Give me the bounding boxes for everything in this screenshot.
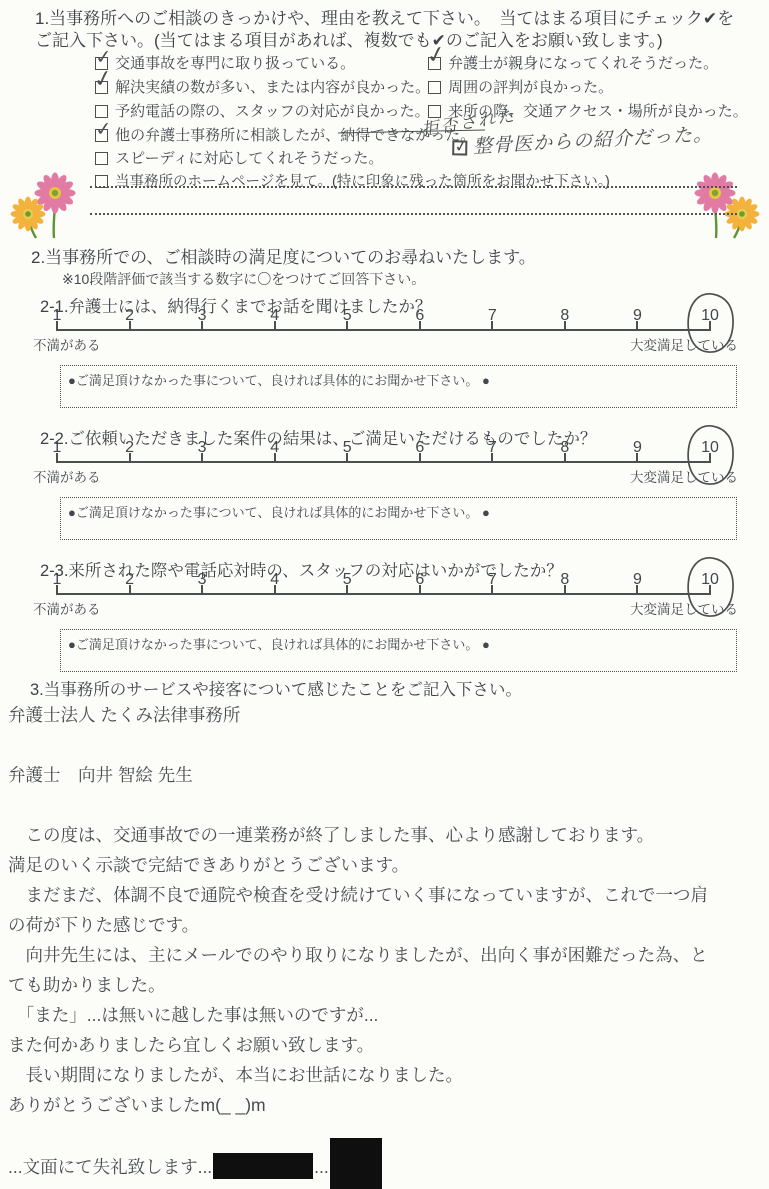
comment-box-2-3[interactable]: ●ご満足頂けなかった事について、良ければ具体的にお聞かせ下さい。 ●: [60, 629, 737, 672]
checkbox-item-speedy[interactable]: スピーディに対応してくれそうだった。: [95, 147, 383, 168]
checkbox-label: 周囲の評判が良かった。: [448, 79, 613, 96]
redaction-box-seal: [330, 1138, 382, 1189]
question-2-2: 2-2.ご依頼いただきました案件の結果は、ご満足いただけるものでしたか？ 123…: [0, 425, 769, 541]
question-2-1: 2-1.弁護士には、納得行くまでお話を聞けましたか？ 12345678910 不…: [0, 293, 769, 409]
section1-title: 1.当事務所へのご相談のきっかけや、理由を教えて下さい。 当てはまる項目にチェッ…: [35, 8, 734, 52]
comment-box-2-1[interactable]: ●ご満足頂けなかった事について、良ければ具体的にお聞かせ下さい。 ●: [60, 365, 737, 408]
rating-circle-annotation-10: [678, 420, 742, 490]
scale-tick: [274, 321, 276, 331]
section3-title: 3.当事務所のサービスや接客について感じたことをご記入下さい。: [30, 676, 522, 700]
scale-tick: [129, 453, 131, 463]
message-line-blank: [8, 730, 764, 760]
checkmark-icon: [94, 66, 112, 92]
message-line: まだまだ、体調不良で通院や検査を受け続けていく事になっていますが、これで一つ肩: [8, 880, 764, 910]
flower-decoration-right: [690, 170, 766, 240]
message-line: ありがとうございましたm(_ _)m: [8, 1090, 764, 1120]
scale-tick: [419, 585, 421, 595]
scale-tick: [346, 453, 348, 463]
checkmark-icon: [427, 42, 445, 68]
comment-prompt: ●ご満足頂けなかった事について、良ければ具体的にお聞かせ下さい。 ●: [68, 373, 490, 388]
scale-tick: [201, 585, 203, 595]
message-line: また何かありましたら宜しくお願い致します。: [8, 1030, 764, 1060]
scale-tick: [636, 585, 638, 595]
section2-note: ※10段階評価で該当する数字に〇をつけてご回答下さい。: [62, 269, 425, 289]
scale-tick: [129, 321, 131, 331]
checkbox-label: 交通事故を専門に取り扱っている。: [115, 55, 355, 72]
section2-title: 2.当事務所での、ご相談時の満足度についてのお尋ねいたします。: [31, 243, 536, 268]
comment-box-2-2[interactable]: ●ご満足頂けなかった事について、良ければ具体的にお聞かせ下さい。 ●: [60, 497, 737, 540]
flower-decoration-left: [4, 170, 80, 240]
scale-tick: [419, 321, 421, 331]
scale-tick: [56, 453, 58, 463]
checkbox-label-prefix: 他の弁護士事務所に相談したが、: [115, 127, 340, 144]
checkbox[interactable]: [428, 81, 441, 94]
scale-tick: [274, 453, 276, 463]
checkbox[interactable]: [95, 129, 108, 142]
scale-tick: [346, 585, 348, 595]
checkbox-item-kind-lawyer[interactable]: 弁護士が親身になってくれそうだった。: [428, 52, 718, 73]
scale-tick: [274, 585, 276, 595]
closing-separator: ...: [314, 1157, 329, 1177]
scale-tick: [346, 321, 348, 331]
checkbox-item-other-firm[interactable]: 他の弁護士事務所に相談したが、納得できなかった。: [95, 124, 475, 145]
handwritten-referral-text: 整骨医からの紹介だった。: [473, 124, 714, 158]
scale-tick: [201, 321, 203, 331]
checkbox[interactable]: [428, 57, 441, 70]
section1-title-line2: ご記入下さい。(当てはまる項目があれば、複数でも✔のご記入をお願い致します。): [35, 30, 734, 52]
message-line: 満足のいく示談で完結できありがとうございます。: [8, 850, 764, 880]
message-line: ても助かりました。: [8, 970, 764, 1000]
message-line-lawyer-name: 弁護士 向井 智絵 先生: [8, 760, 764, 790]
scale-tick: [491, 321, 493, 331]
scale-tick: [129, 585, 131, 595]
scale-tick: [564, 321, 566, 331]
question-2-3: 2-3.来所された際や電話応対時の、スタッフの対応はいかがでしたか？ 12345…: [0, 557, 769, 673]
scale-tick: [564, 585, 566, 595]
scale-tick: [419, 453, 421, 463]
checkbox-label: 予約電話の際の、スタッフの対応が良かった。: [115, 103, 429, 120]
message-line: 「また」...は無いに越した事は無いのですが...: [8, 1000, 764, 1030]
message-line: この度は、交通事故での一連業務が終了しました事、心より感謝しております。: [8, 820, 764, 850]
checkbox[interactable]: [95, 81, 108, 94]
message-line: 向井先生には、主にメールでのやり取りになりましたが、出向く事が困難だった為、と: [8, 940, 764, 970]
checkbox-item-reputation[interactable]: 周囲の評判が良かった。: [428, 76, 613, 97]
checkbox-item-traffic-specialty[interactable]: 交通事故を専門に取り扱っている。: [95, 52, 355, 73]
rating-scale-2-1: 12345678910: [57, 308, 710, 331]
closing-text: ...文面にて失礼致します...: [8, 1157, 212, 1177]
scale-tick: [564, 453, 566, 463]
rating-scale-2-3: 12345678910: [57, 572, 710, 595]
scale-tick: [201, 453, 203, 463]
thank-you-message: 弁護士法人 たくみ法律事務所 弁護士 向井 智絵 先生 この度は、交通事故での一…: [8, 700, 764, 1120]
rating-scale-2-2: 12345678910: [57, 440, 710, 463]
scale-min-label: 不満がある: [33, 598, 101, 618]
checkbox[interactable]: [95, 105, 108, 118]
scanned-survey-form: 1.当事務所へのご相談のきっかけや、理由を教えて下さい。 当てはまる項目にチェッ…: [0, 0, 769, 1189]
answer-dotted-line-2[interactable]: [90, 213, 737, 215]
checkbox[interactable]: [95, 152, 108, 165]
scale-tick: [56, 321, 58, 331]
message-line: の荷が下りた感じです。: [8, 910, 764, 940]
checkmark-icon: [96, 119, 111, 140]
message-line: 長い期間になりましたが、本当にお世話になりました。: [8, 1060, 764, 1090]
redaction-box-name: [213, 1153, 313, 1179]
scale-tick: [56, 585, 58, 595]
checkbox-label: 解決実績の数が多い、または内容が良かった。: [115, 79, 430, 96]
handwritten-checkbox-checked-icon: [452, 140, 467, 155]
comment-prompt: ●ご満足頂けなかった事について、良ければ具体的にお聞かせ下さい。 ●: [68, 637, 490, 652]
checkbox-label: スピーディに対応してくれそうだった。: [115, 150, 383, 167]
scale-tick: [636, 321, 638, 331]
message-line-firm-name: 弁護士法人 たくみ法律事務所: [8, 700, 764, 730]
answer-dotted-line-1[interactable]: [90, 186, 737, 188]
checkbox-label: 弁護士が親身になってくれそうだった。: [448, 55, 718, 72]
scale-tick: [491, 585, 493, 595]
comment-prompt: ●ご満足頂けなかった事について、良ければ具体的にお聞かせ下さい。 ●: [68, 505, 490, 520]
message-line-blank: [8, 790, 764, 820]
scale-tick: [636, 453, 638, 463]
rating-circle-annotation-10: [678, 552, 742, 622]
scale-tick: [491, 453, 493, 463]
rating-circle-annotation-10: [678, 288, 742, 358]
section1-title-line1: 1.当事務所へのご相談のきっかけや、理由を教えて下さい。 当てはまる項目にチェッ…: [35, 8, 734, 30]
scale-min-label: 不満がある: [33, 466, 101, 486]
checkbox-item-track-record[interactable]: 解決実績の数が多い、または内容が良かった。: [95, 76, 430, 97]
closing-line: ...文面にて失礼致します......: [8, 1138, 383, 1189]
scale-min-label: 不満がある: [33, 334, 101, 354]
checkbox-item-phone-staff[interactable]: 予約電話の際の、スタッフの対応が良かった。: [95, 100, 430, 121]
